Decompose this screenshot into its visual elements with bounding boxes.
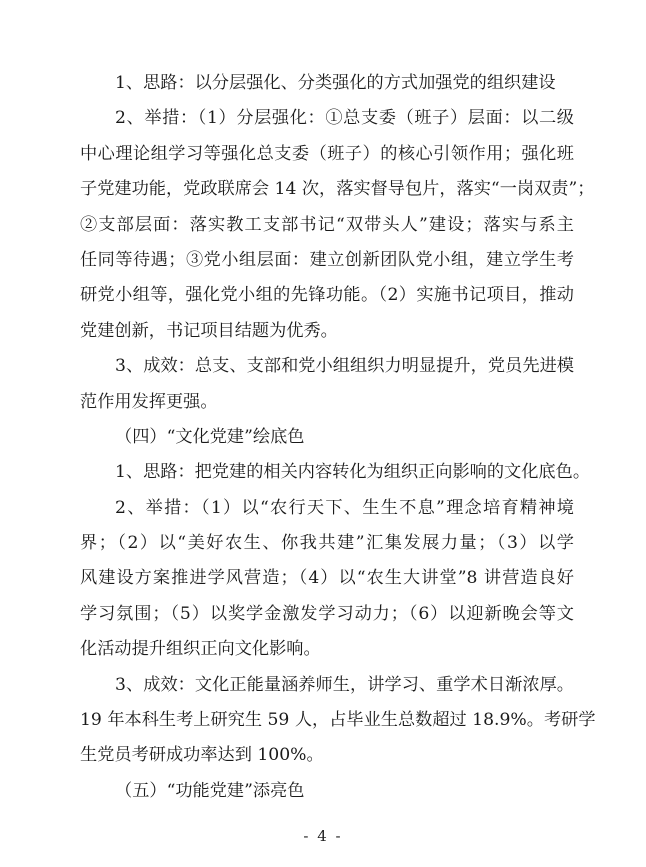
text-line: 中心理论组学习等强化总支委（班子）的核心引领作用；强化班 [80,137,574,172]
text-line: ②支部层面：落实教工支部书记“双带头人”建设；落实与系主 [80,208,574,243]
document-page: 1、思路：以分层强化、分类强化的方式加强党的组织建设 2、举措：（1）分层强化：… [80,66,574,809]
text-line: 党建创新，书记项目结题为优秀。 [80,314,574,349]
text-line: 学习氛围；（5）以奖学金激发学习动力；（6）以迎新晚会等文 [80,597,574,632]
page-number: - 4 - [0,826,646,846]
text-line: 范作用发挥更强。 [80,385,574,420]
text-line: 2、举措：（1）以“农行天下、生生不息”理念培育精神境 [80,491,574,526]
text-line: 生党员考研成功率达到 100%。 [80,738,574,773]
text-line: 子党建功能，党政联席会 14 次，落实督导包片，落实“一岗双责”； [80,172,574,207]
text-line: 3、成效：文化正能量涵养师生，讲学习、重学术日渐浓厚。 [80,668,574,703]
text-line: 研党小组等，强化党小组的先锋功能。（2）实施书记项目，推动 [80,278,574,313]
text-line: 3、成效：总支、支部和党小组组织力明显提升，党员先进模 [80,349,574,384]
text-line: 2、举措：（1）分层强化：①总支委（班子）层面：以二级 [80,101,574,136]
text-line: 界；（2）以“美好农生、你我共建”汇集发展力量；（3）以学 [80,526,574,561]
text-line: 任同等待遇；③党小组层面：建立创新团队党小组，建立学生考 [80,243,574,278]
text-line: 风建设方案推进学风营造；（4）以“农生大讲堂”8 讲营造良好 [80,561,574,596]
section-heading: （四）“文化党建”绘底色 [80,420,574,455]
text-line: 19 年本科生考上研究生 59 人，占毕业生总数超过 18.9%。考研学 [80,703,574,738]
section-heading: （五）“功能党建”添亮色 [80,774,574,809]
text-line: 1、思路：把党建的相关内容转化为组织正向影响的文化底色。 [80,455,574,490]
text-line: 1、思路：以分层强化、分类强化的方式加强党的组织建设 [80,66,574,101]
text-line: 化活动提升组织正向文化影响。 [80,632,574,667]
